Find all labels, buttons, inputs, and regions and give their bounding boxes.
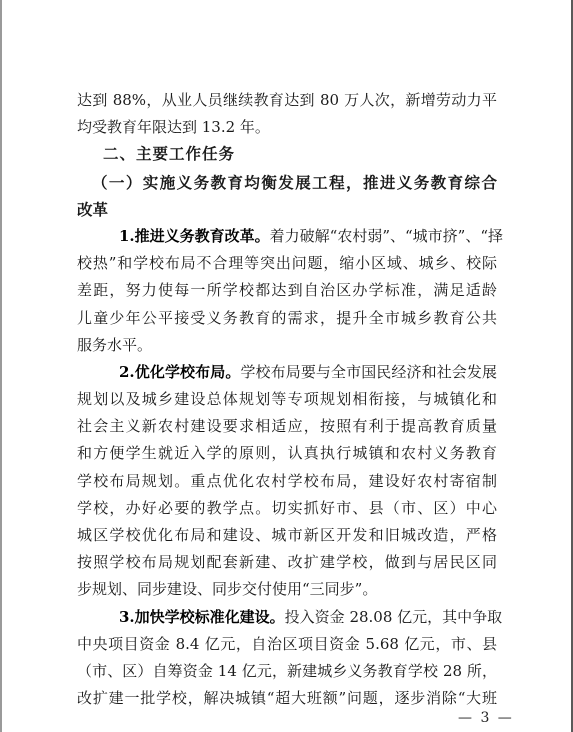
item-1-text: 着力破解“农村弱”、“城市挤”、“择 bbox=[270, 227, 503, 245]
paragraph-line: 按照学校布局规划配套新建、改扩建学校，做到与居民区同 bbox=[77, 549, 497, 576]
paragraph-line: 学校布局规划。重点优化农村学校布局，建设好农村寄宿制 bbox=[77, 468, 497, 495]
paragraph-line: 儿童少年公平接受义务教育的需求，提升全市城乡教育公共 bbox=[77, 305, 497, 332]
paragraph-line: 校热”和学校布局不合理等突出问题，缩小区域、城乡、校际 bbox=[77, 250, 497, 277]
item-3-title: 3.加快学校标准化建设。 bbox=[119, 608, 285, 626]
paragraph-line: （市、区）自筹资金 14 亿元，新建城乡义务教育学校 28 所， bbox=[77, 658, 497, 685]
paragraph-line: 服务水平。 bbox=[77, 332, 497, 359]
item-1-first-line: 1.推进义务教育改革。着力破解“农村弱”、“城市挤”、“择 bbox=[77, 223, 497, 250]
item-1-title: 1.推进义务教育改革。 bbox=[119, 227, 270, 245]
paragraph-line: 中央项目资金 8.4 亿元，自治区项目资金 5.68 亿元，市、县 bbox=[77, 631, 497, 658]
page-number: — 3 — bbox=[458, 710, 514, 726]
item-2-first-line: 2.优化学校布局。学校布局要与全市国民经济和社会发展 bbox=[77, 359, 497, 386]
paragraph-line: 社会主义新农村建设要求相适应，按照有利于提高教育质量 bbox=[77, 413, 497, 440]
paragraph-line: 和方便学生就近入学的原则，认真执行城镇和农村义务教育 bbox=[77, 440, 497, 467]
paragraph-line: 步规划、同步建设、同步交付使用“三同步”。 bbox=[77, 576, 497, 603]
item-3-text: 投入资金 28.08 亿元，其中争取 bbox=[285, 608, 502, 626]
paragraph-line: 城区学校优化布局和建设、城市新区开发和旧城改造，严格 bbox=[77, 522, 497, 549]
paragraph-line: 均受教育年限达到 13.2 年。 bbox=[77, 114, 497, 141]
paragraph-line: 达到 88%，从业人员继续教育达到 80 万人次，新增劳动力平 bbox=[77, 87, 497, 114]
paragraph-line: 规划以及城乡建设总体规划等专项规划相衔接，与城镇化和 bbox=[77, 386, 497, 413]
subsection-heading-cont: 改革 bbox=[77, 196, 497, 223]
section-heading: 二、主要工作任务 bbox=[77, 141, 497, 168]
document-page: 达到 88%，从业人员继续教育达到 80 万人次，新增劳动力平 均受教育年限达到… bbox=[0, 0, 573, 732]
item-2-title: 2.优化学校布局。 bbox=[119, 363, 240, 381]
paragraph-line: 改扩建一批学校，解决城镇“超大班额”问题，逐步消除“大班 bbox=[77, 685, 497, 712]
paragraph-line: 差距，努力使每一所学校都达到自治区办学标准，满足适龄 bbox=[77, 277, 497, 304]
item-2-text: 学校布局要与全市国民经济和社会发展 bbox=[240, 363, 497, 381]
document-body: 达到 88%，从业人员继续教育达到 80 万人次，新增劳动力平 均受教育年限达到… bbox=[77, 87, 497, 712]
item-3-first-line: 3.加快学校标准化建设。投入资金 28.08 亿元，其中争取 bbox=[77, 604, 497, 631]
subsection-heading: （一）实施义务教育均衡发展工程，推进义务教育综合 bbox=[77, 169, 497, 196]
paragraph-line: 学校，办好必要的教学点。切实抓好市、县（市、区）中心 bbox=[77, 495, 497, 522]
